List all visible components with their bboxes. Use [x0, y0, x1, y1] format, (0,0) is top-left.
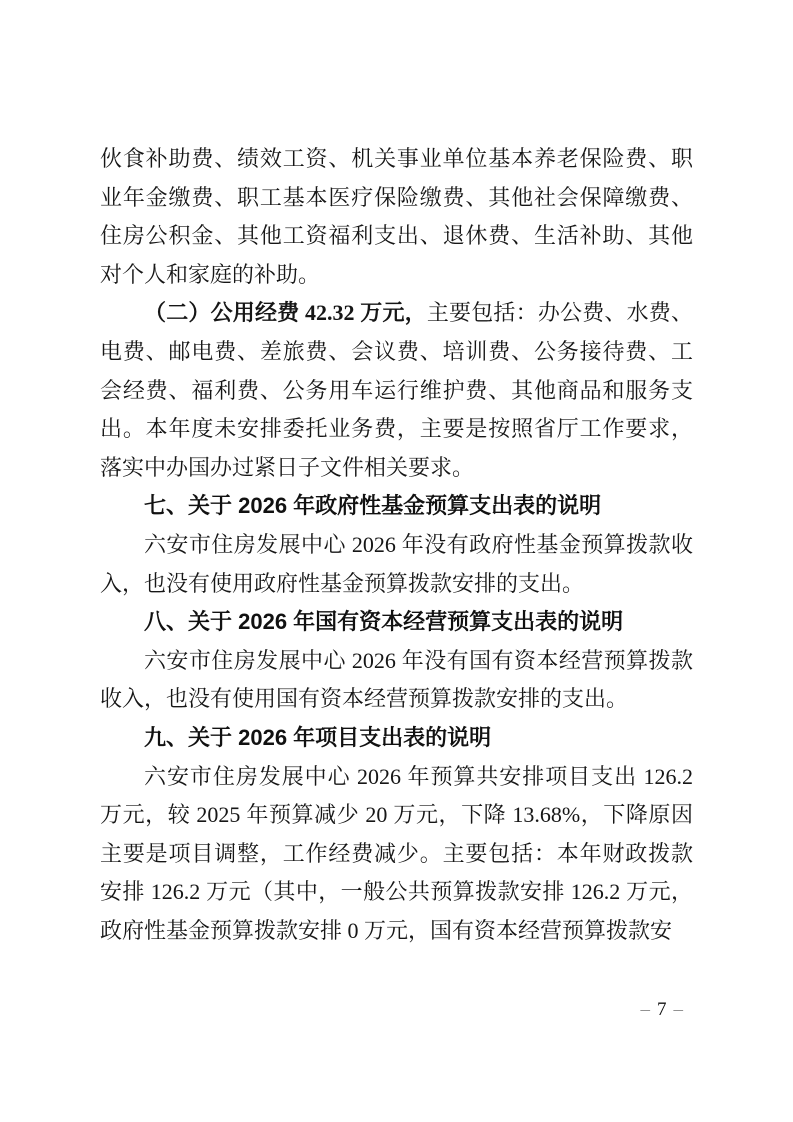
document-page: 伙食补助费、绩效工资、机关事业单位基本养老保险费、职业年金缴费、职工基本医疗保险…: [0, 0, 793, 1122]
paragraph-bold-lead: （二）公用经费 42.32 万元，: [144, 300, 427, 325]
section-heading-8: 八、关于 2026 年国有资本经营预算支出表的说明: [100, 603, 693, 642]
footer-dash-right: –: [674, 999, 684, 1020]
document-body: 伙食补助费、绩效工资、机关事业单位基本养老保险费、职业年金缴费、职工基本医疗保险…: [100, 140, 693, 950]
footer-dash-left: –: [641, 999, 651, 1020]
body-paragraph-state-capital: 六安市住房发展中心 2026 年没有国有资本经营预算拨款收入，也没有使用国有资本…: [100, 642, 693, 719]
section-heading-9: 九、关于 2026 年项目支出表的说明: [100, 719, 693, 758]
page-number: 7: [657, 999, 667, 1020]
body-paragraph-gov-fund: 六安市住房发展中心 2026 年没有政府性基金预算拨款收入，也没有使用政府性基金…: [100, 526, 693, 603]
page-footer: –7–: [100, 998, 690, 1022]
body-paragraph-project-expense: 六安市住房发展中心 2026 年预算共安排项目支出 126.2 万元，较 202…: [100, 758, 693, 951]
body-paragraph-continuation: 伙食补助费、绩效工资、机关事业单位基本养老保险费、职业年金缴费、职工基本医疗保险…: [100, 140, 693, 294]
section-heading-7: 七、关于 2026 年政府性基金预算支出表的说明: [100, 487, 693, 526]
paragraph-text: 主要包括：办公费、水费、电费、邮电费、差旅费、会议费、培训费、公务接待费、工会经…: [100, 300, 693, 479]
body-paragraph-public-funds: （二）公用经费 42.32 万元，主要包括：办公费、水费、电费、邮电费、差旅费、…: [100, 294, 693, 487]
